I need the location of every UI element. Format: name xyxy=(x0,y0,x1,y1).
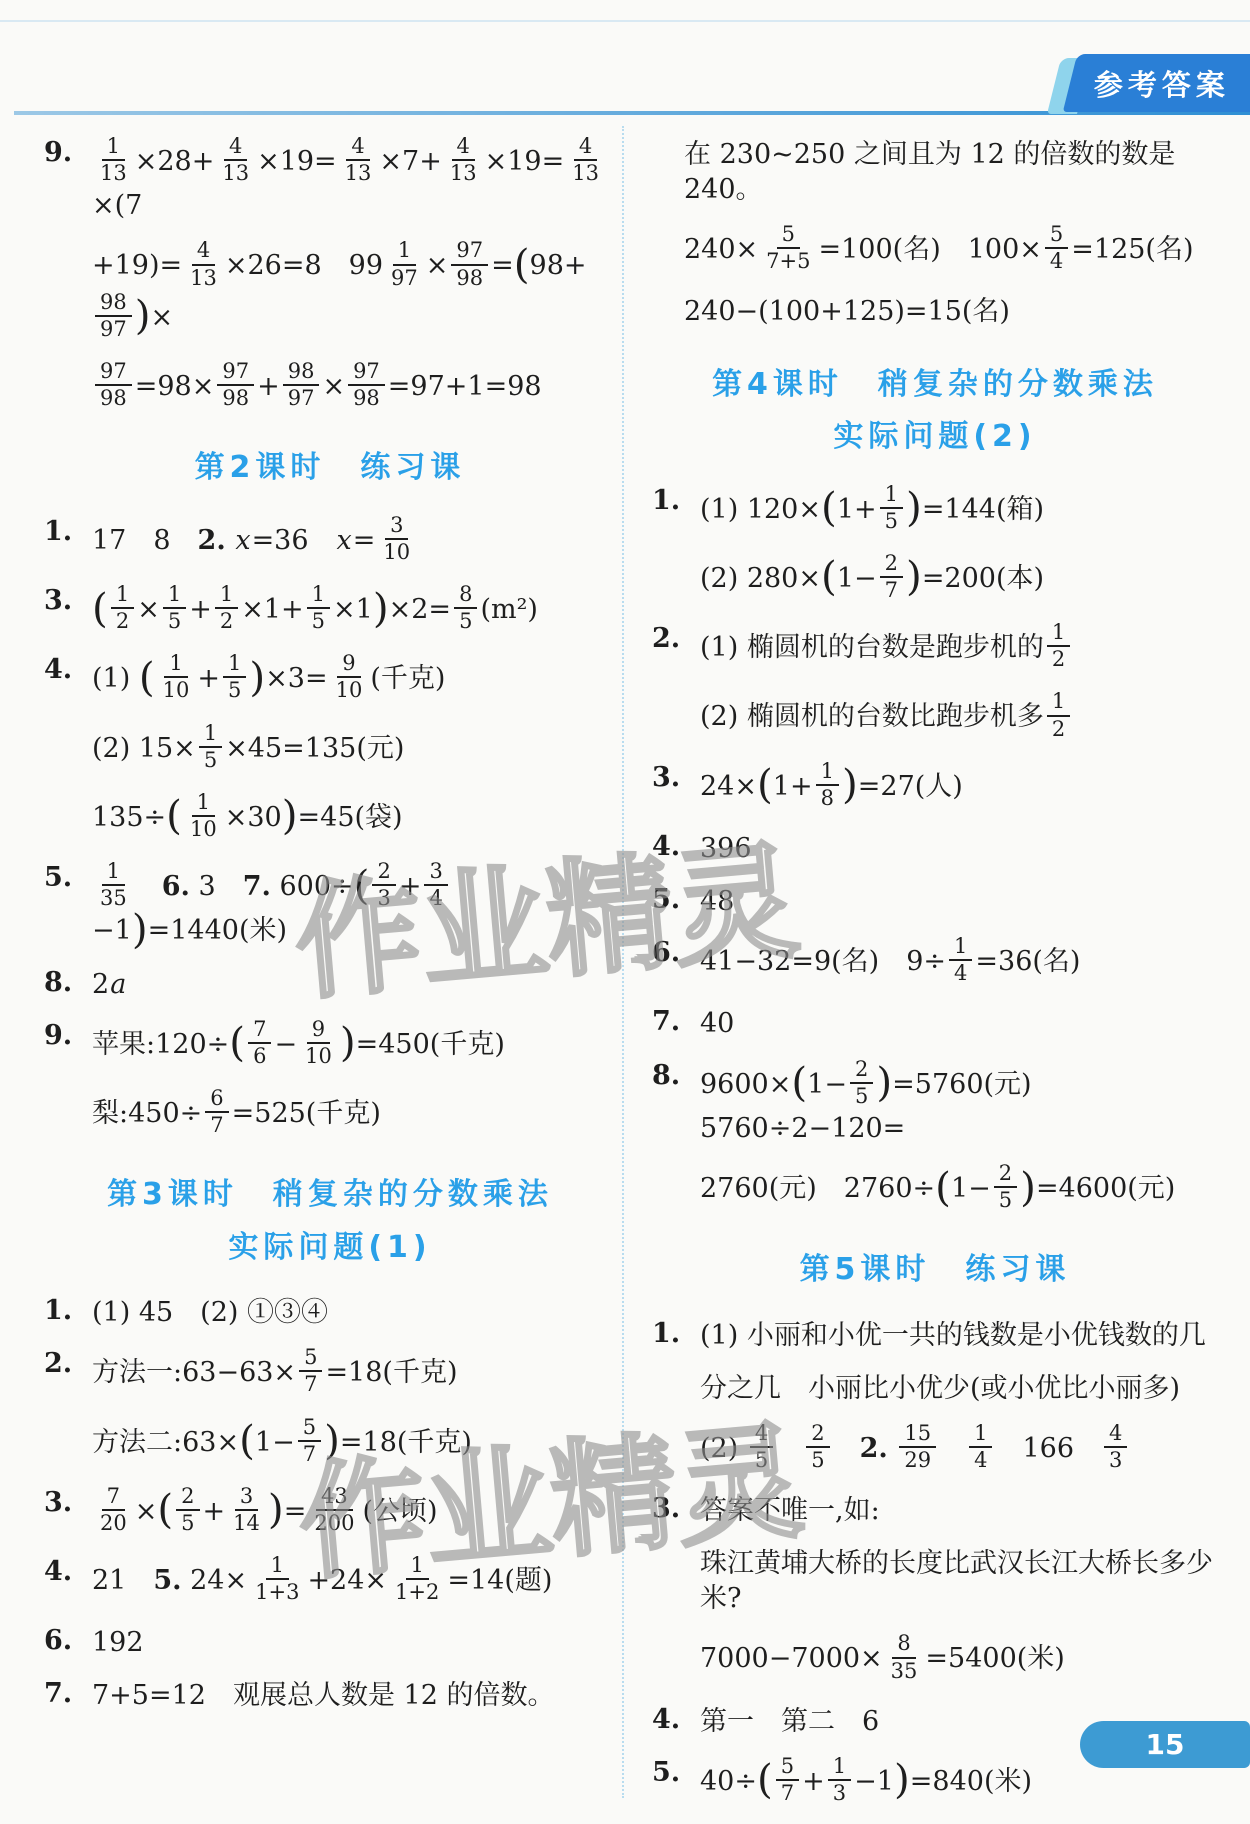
tall-paren: ( xyxy=(757,760,773,808)
header-badge: 参考答案 xyxy=(1054,54,1250,112)
answer-line: 7+5=12 观展总人数是 12 的倍数。 xyxy=(92,1669,616,1722)
item-number: 5. xyxy=(652,1748,700,1797)
answer-line: (1) 椭圆机的台数是跑步机的12 xyxy=(700,614,1218,683)
item-number: 7. xyxy=(652,997,700,1046)
answer-line: 40 xyxy=(700,997,1218,1050)
fraction: 9798 xyxy=(217,359,254,410)
tall-paren: ) xyxy=(324,1416,340,1464)
fraction: 720 xyxy=(95,1484,132,1535)
answer-item: 1.(1) 小丽和小优一共的钱数是小优钱数的几分之几 小丽比小优少(或小优比小丽… xyxy=(652,1309,1218,1484)
answer-item: 2.(1) 椭圆机的台数是跑步机的12(2) 椭圆机的台数比跑步机多12 xyxy=(652,614,1218,753)
fraction: 11+3 xyxy=(250,1553,304,1604)
tall-paren: ) xyxy=(1020,1163,1036,1211)
answer-line: (1) 小丽和小优一共的钱数是小优钱数的几 xyxy=(700,1309,1218,1362)
item-number: 4. xyxy=(652,1695,700,1744)
tall-paren: ) xyxy=(842,760,858,808)
tall-paren: ) xyxy=(906,483,922,531)
answer-item: 3.(12×15+12×1+15×1)×2=85(m²) xyxy=(44,576,616,645)
fraction: 23 xyxy=(372,859,395,910)
fraction: 12 xyxy=(215,582,238,633)
answer-line: 答案不唯一,如: xyxy=(700,1484,1218,1537)
answer-line: (1) 120×(1+15)=144(箱) xyxy=(700,476,1218,545)
answer-line: 48 xyxy=(700,875,1218,928)
tall-paren: ( xyxy=(92,584,108,632)
answer-lines: (1) 120×(1+15)=144(箱)(2) 280×(1−27)=200(… xyxy=(700,476,1218,615)
tall-paren: ( xyxy=(166,791,182,839)
item-number: 1. xyxy=(652,1309,700,1358)
item-number: 9. xyxy=(44,128,92,177)
answer-lines: (1) 椭圆机的台数是跑步机的12(2) 椭圆机的台数比跑步机多12 xyxy=(700,614,1218,753)
fraction: 57+5 xyxy=(761,222,815,273)
answer-item: 9.苹果:120÷(76−910)=450(千克)梨:450÷67=525(千克… xyxy=(44,1011,616,1150)
fraction: 25 xyxy=(176,1484,199,1535)
item-number: 6. xyxy=(44,1616,92,1665)
section-heading-line: 第3课时 稍复杂的分数乘法 xyxy=(44,1169,616,1222)
item-number: 6. xyxy=(652,928,700,977)
answer-line: (2) 15×15×45=135(元) xyxy=(92,715,616,784)
section-heading: 第4课时 稍复杂的分数乘法实际问题(2) xyxy=(652,359,1218,464)
answer-line: 113×28+413×19=413×7+413×19=413×(7 xyxy=(92,128,616,232)
column-divider xyxy=(622,126,624,1798)
item-number: 5. xyxy=(652,875,700,924)
item-number: 8. xyxy=(652,1051,700,1100)
fraction: 67 xyxy=(205,1086,228,1137)
section-heading-line: 第2课时 练习课 xyxy=(44,442,616,495)
item-number: 3. xyxy=(652,1484,700,1533)
fraction: 9897 xyxy=(283,359,320,410)
answer-item: 4.(1) (110+15)×3=910(千克)(2) 15×15×45=135… xyxy=(44,645,616,853)
fraction: 15 xyxy=(307,582,330,633)
answer-item: 8.2a xyxy=(44,958,616,1011)
answer-lines: (12×15+12×1+15×1)×2=85(m²) xyxy=(92,576,616,645)
section-heading-line: 实际问题(2) xyxy=(652,411,1218,464)
tall-paren: ( xyxy=(791,1058,807,1106)
answer-item: 6.192 xyxy=(44,1616,616,1669)
page-number-badge: 15 xyxy=(1080,1721,1250,1768)
item-number: 4. xyxy=(44,645,92,694)
answer-line: 珠江黄埔大桥的长度比武汉长江大桥长多少米? xyxy=(700,1537,1218,1625)
fraction: 413 xyxy=(340,134,377,185)
answer-lines: 41−32=9(名) 9÷14=36(名) xyxy=(700,928,1218,997)
fraction: 1529 xyxy=(899,1421,936,1472)
page-number: 15 xyxy=(1146,1728,1185,1761)
answers-column-left: 9.113×28+413×19=413×7+413×19=413×(7+19)=… xyxy=(44,128,616,1723)
item-number: 5. xyxy=(44,853,92,902)
fraction: 9897 xyxy=(95,290,132,341)
tall-paren: ) xyxy=(894,1755,910,1803)
answer-lines: 192 xyxy=(92,1616,616,1669)
answer-line: 17 8 2. x=36 x=310 xyxy=(92,507,616,576)
tall-paren: ) xyxy=(340,1018,356,1066)
fraction: 12 xyxy=(111,582,134,633)
item-number: 4. xyxy=(652,822,700,871)
answer-item: 5.48 xyxy=(652,875,1218,928)
answer-item: 1.(1) 45 (2) ①③④ xyxy=(44,1286,616,1339)
answer-line: 135 6. 3 7. 600÷(23+34−1)=1440(米) xyxy=(92,853,616,957)
answer-line: 方法二:63×(1−57)=18(千克) xyxy=(92,1409,616,1478)
answer-line: 2a xyxy=(92,958,616,1011)
fraction: 9798 xyxy=(451,238,488,289)
answer-item: 3.答案不唯一,如:珠江黄埔大桥的长度比武汉长江大桥长多少米?7000−7000… xyxy=(652,1484,1218,1695)
tall-paren: ) xyxy=(876,1058,892,1106)
answer-lines: 396 xyxy=(700,822,1218,875)
fraction: 25 xyxy=(806,1421,829,1472)
answer-lines: 113×28+413×19=413×7+413×19=413×(7+19)=41… xyxy=(92,128,616,422)
answer-lines: 7+5=12 观展总人数是 12 的倍数。 xyxy=(92,1669,616,1722)
item-number: 9. xyxy=(44,1011,92,1060)
fraction: 25 xyxy=(850,1057,873,1108)
answer-line: (2) 椭圆机的台数比跑步机多12 xyxy=(700,683,1218,752)
fraction: 910 xyxy=(300,1017,337,1068)
section-heading-line: 实际问题(1) xyxy=(44,1222,616,1275)
tall-paren: ) xyxy=(135,291,151,339)
answer-lines: (1) 小丽和小优一共的钱数是小优钱数的几分之几 小丽比小优少(或小优比小丽多)… xyxy=(700,1309,1218,1484)
answer-item: 8.9600×(1−25)=5760(元) 5760÷2−120=2760(元)… xyxy=(652,1051,1218,1225)
answer-item: 7.7+5=12 观展总人数是 12 的倍数。 xyxy=(44,1669,616,1722)
fraction: 45 xyxy=(750,1421,773,1472)
fraction: 310 xyxy=(378,513,415,564)
answer-lines: 40 xyxy=(700,997,1218,1050)
answer-lines: 2a xyxy=(92,958,616,1011)
answer-line: 7000−7000×835=5400(米) xyxy=(700,1625,1218,1694)
answer-line: 240×57+5=100(名) 100×54=125(名) xyxy=(684,216,1218,285)
tall-paren: ( xyxy=(139,653,155,701)
fraction: 135 xyxy=(95,859,132,910)
item-number: 8. xyxy=(44,958,92,1007)
fraction: 76 xyxy=(248,1017,271,1068)
answer-line: 396 xyxy=(700,822,1218,875)
tall-paren: ( xyxy=(821,483,837,531)
answer-line: (12×15+12×1+15×1)×2=85(m²) xyxy=(92,576,616,645)
answer-line: 192 xyxy=(92,1616,616,1669)
fraction: 15 xyxy=(163,582,186,633)
tall-paren: ( xyxy=(354,861,370,909)
fraction: 15 xyxy=(880,482,903,533)
tall-paren: ) xyxy=(906,552,922,600)
header-badge-label: 参考答案 xyxy=(1094,63,1236,104)
item-number: 1. xyxy=(44,507,92,556)
answer-lines: 24×(1+18)=27(人) xyxy=(700,753,1218,822)
answer-lines: 答案不唯一,如:珠江黄埔大桥的长度比武汉长江大桥长多少米?7000−7000×8… xyxy=(700,1484,1218,1695)
fraction: 85 xyxy=(454,582,477,633)
fraction: 110 xyxy=(158,651,195,702)
tall-paren: ( xyxy=(229,1018,245,1066)
fraction: 15 xyxy=(223,651,246,702)
answer-lines: 在 230~250 之间且为 12 的倍数的数是 240。240×57+5=10… xyxy=(684,128,1218,339)
item-number: 1. xyxy=(652,476,700,525)
answer-line: (1) 45 (2) ①③④ xyxy=(92,1286,616,1339)
fraction: 43200 xyxy=(309,1484,359,1535)
fraction: 25 xyxy=(994,1161,1017,1212)
answer-item: 4.21 5. 24×11+3+24×11+2=14(题) xyxy=(44,1547,616,1616)
fraction: 413 xyxy=(567,134,604,185)
item-number: 3. xyxy=(652,753,700,802)
section-heading: 第5课时 练习课 xyxy=(652,1244,1218,1297)
fraction: 835 xyxy=(886,1631,923,1682)
item-number: 2. xyxy=(652,614,700,663)
tall-paren: ) xyxy=(282,791,298,839)
answer-line: 240−(100+125)=15(名) xyxy=(684,285,1218,338)
answer-item: 7.40 xyxy=(652,997,1218,1050)
answer-item: 6.41−32=9(名) 9÷14=36(名) xyxy=(652,928,1218,997)
answer-lines: 720×(25+314)=43200(公顷) xyxy=(92,1478,616,1547)
fraction: 12 xyxy=(1047,620,1070,671)
fraction: 197 xyxy=(386,238,423,289)
fraction: 314 xyxy=(228,1484,265,1535)
answer-line: 苹果:120÷(76−910)=450(千克) xyxy=(92,1011,616,1080)
tall-paren: ( xyxy=(757,1755,773,1803)
answer-line: 21 5. 24×11+3+24×11+2=14(题) xyxy=(92,1547,616,1616)
tall-paren: ) xyxy=(373,584,389,632)
answers-column-right: 在 230~250 之间且为 12 的倍数的数是 240。240×57+5=10… xyxy=(652,128,1218,1817)
header-badge-body: 参考答案 xyxy=(1063,54,1250,112)
tall-paren: ( xyxy=(239,1416,255,1464)
answer-lines: (1) 45 (2) ①③④ xyxy=(92,1286,616,1339)
item-number: 3. xyxy=(44,1478,92,1527)
section-heading: 第2课时 练习课 xyxy=(44,442,616,495)
answer-item: 1.17 8 2. x=36 x=310 xyxy=(44,507,616,576)
tall-paren: ) xyxy=(132,905,148,953)
fraction: 27 xyxy=(880,551,903,602)
answer-line: 41−32=9(名) 9÷14=36(名) xyxy=(700,928,1218,997)
fraction: 110 xyxy=(185,790,222,841)
fraction: 13 xyxy=(828,1754,851,1805)
answer-line: 9600×(1−25)=5760(元) 5760÷2−120= xyxy=(700,1051,1218,1155)
fraction: 12 xyxy=(1047,689,1070,740)
fraction: 413 xyxy=(445,134,482,185)
fraction: 413 xyxy=(185,238,222,289)
answer-item: 4.396 xyxy=(652,822,1218,875)
fraction: 14 xyxy=(949,934,972,985)
item-number: 1. xyxy=(44,1286,92,1335)
answer-item: 1.(1) 120×(1+15)=144(箱)(2) 280×(1−27)=20… xyxy=(652,476,1218,615)
top-hairline xyxy=(0,20,1250,22)
answer-lines: (1) (110+15)×3=910(千克)(2) 15×15×45=135(元… xyxy=(92,645,616,853)
answer-line: 梨:450÷67=525(千克) xyxy=(92,1080,616,1149)
fraction: 34 xyxy=(424,859,447,910)
answer-lines: 17 8 2. x=36 x=310 xyxy=(92,507,616,576)
answer-line: (2) 45 25 2. 1529 14 166 43 xyxy=(700,1415,1218,1484)
answer-lines: 48 xyxy=(700,875,1218,928)
answer-line: 在 230~250 之间且为 12 的倍数的数是 240。 xyxy=(684,128,1218,216)
answer-item: 5.135 6. 3 7. 600÷(23+34−1)=1440(米) xyxy=(44,853,616,957)
answer-item: 9.113×28+413×19=413×7+413×19=413×(7+19)=… xyxy=(44,128,616,422)
tall-paren: ) xyxy=(249,653,265,701)
fraction: 57 xyxy=(299,1345,322,1396)
item-number: 7. xyxy=(44,1669,92,1718)
answer-line: 720×(25+314)=43200(公顷) xyxy=(92,1478,616,1547)
item-number: 3. xyxy=(44,576,92,625)
answer-line: +19)=413×26=8 99197×9798=(98+9897)× xyxy=(92,232,616,353)
answer-item: 3.720×(25+314)=43200(公顷) xyxy=(44,1478,616,1547)
section-heading-line: 第4课时 稍复杂的分数乘法 xyxy=(652,359,1218,412)
answer-lines: 135 6. 3 7. 600÷(23+34−1)=1440(米) xyxy=(92,853,616,957)
answer-line: 24×(1+18)=27(人) xyxy=(700,753,1218,822)
continued-text: 在 230~250 之间且为 12 的倍数的数是 240。240×57+5=10… xyxy=(652,128,1218,339)
section-heading-line: 第5课时 练习课 xyxy=(652,1244,1218,1297)
section-heading: 第3课时 稍复杂的分数乘法实际问题(1) xyxy=(44,1169,616,1274)
tall-paren: ( xyxy=(935,1163,951,1211)
item-number: 4. xyxy=(44,1547,92,1596)
answer-lines: 方法一:63−63×57=18(千克)方法二:63×(1−57)=18(千克) xyxy=(92,1339,616,1478)
answer-line: 2760(元) 2760÷(1−25)=4600(元) xyxy=(700,1155,1218,1224)
fraction: 910 xyxy=(331,651,368,702)
fraction: 11+2 xyxy=(390,1553,444,1604)
answer-item: 2.方法一:63−63×57=18(千克)方法二:63×(1−57)=18(千克… xyxy=(44,1339,616,1478)
tall-paren: ) xyxy=(268,1485,284,1533)
fraction: 43 xyxy=(1104,1421,1127,1472)
fraction: 15 xyxy=(199,721,222,772)
answer-line: 9798=98×9798+9897×9798=97+1=98 xyxy=(92,353,616,422)
tall-paren: ( xyxy=(157,1485,173,1533)
answer-line: (1) (110+15)×3=910(千克) xyxy=(92,645,616,714)
fraction: 113 xyxy=(95,134,132,185)
fraction: 9798 xyxy=(95,359,132,410)
answer-line: (2) 280×(1−27)=200(本) xyxy=(700,545,1218,614)
answer-line: 方法一:63−63×57=18(千克) xyxy=(92,1339,616,1408)
answer-key-page: 参考答案 9.113×28+413×19=413×7+413×19=413×(7… xyxy=(0,0,1250,1824)
fraction: 57 xyxy=(298,1415,321,1466)
answer-item: 3.24×(1+18)=27(人) xyxy=(652,753,1218,822)
fraction: 18 xyxy=(816,759,839,810)
answer-lines: 苹果:120÷(76−910)=450(千克)梨:450÷67=525(千克) xyxy=(92,1011,616,1150)
tall-paren: ( xyxy=(514,240,530,288)
fraction: 413 xyxy=(217,134,254,185)
fraction: 54 xyxy=(1045,222,1068,273)
item-number: 2. xyxy=(44,1339,92,1388)
answer-line: 135÷(110×30)=45(袋) xyxy=(92,784,616,853)
fraction: 14 xyxy=(969,1421,992,1472)
answer-line: 分之几 小丽比小优少(或小优比小丽多) xyxy=(700,1362,1218,1415)
fraction: 57 xyxy=(776,1754,799,1805)
answer-lines: 21 5. 24×11+3+24×11+2=14(题) xyxy=(92,1547,616,1616)
tall-paren: ( xyxy=(821,552,837,600)
fraction: 9798 xyxy=(348,359,385,410)
answer-lines: 9600×(1−25)=5760(元) 5760÷2−120=2760(元) 2… xyxy=(700,1051,1218,1225)
